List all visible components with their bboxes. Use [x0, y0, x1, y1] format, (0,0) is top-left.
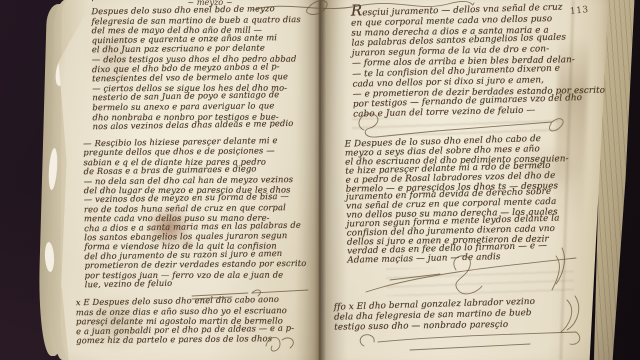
rubric-flourish	[258, 332, 304, 352]
rubric-flourish	[360, 250, 585, 302]
manuscript-photo: 113 ~ meyzo ~ Despues delo suso dho enel…	[0, 0, 640, 360]
rubric-flourish	[352, 108, 577, 138]
rubric-flourish	[555, 296, 585, 338]
right-page-paragraph-2: E Despues de lo suso dho enel dho cabo d…	[345, 135, 580, 265]
left-page-paragraph-1: Despues delo suso dho enel bdo de meyzof…	[91, 5, 330, 132]
top-flourish	[248, 0, 478, 16]
right-page-paragraph-1: Resçiui juramento — dellos vna señal de …	[351, 1, 586, 119]
left-page-paragraph-2: — Resçibio los hiziese paresçer delante …	[83, 137, 323, 290]
underline-flourish	[188, 288, 318, 300]
right-page-paragraph-3: ffo x El dho bernal gonzalez labrador ve…	[334, 297, 567, 333]
